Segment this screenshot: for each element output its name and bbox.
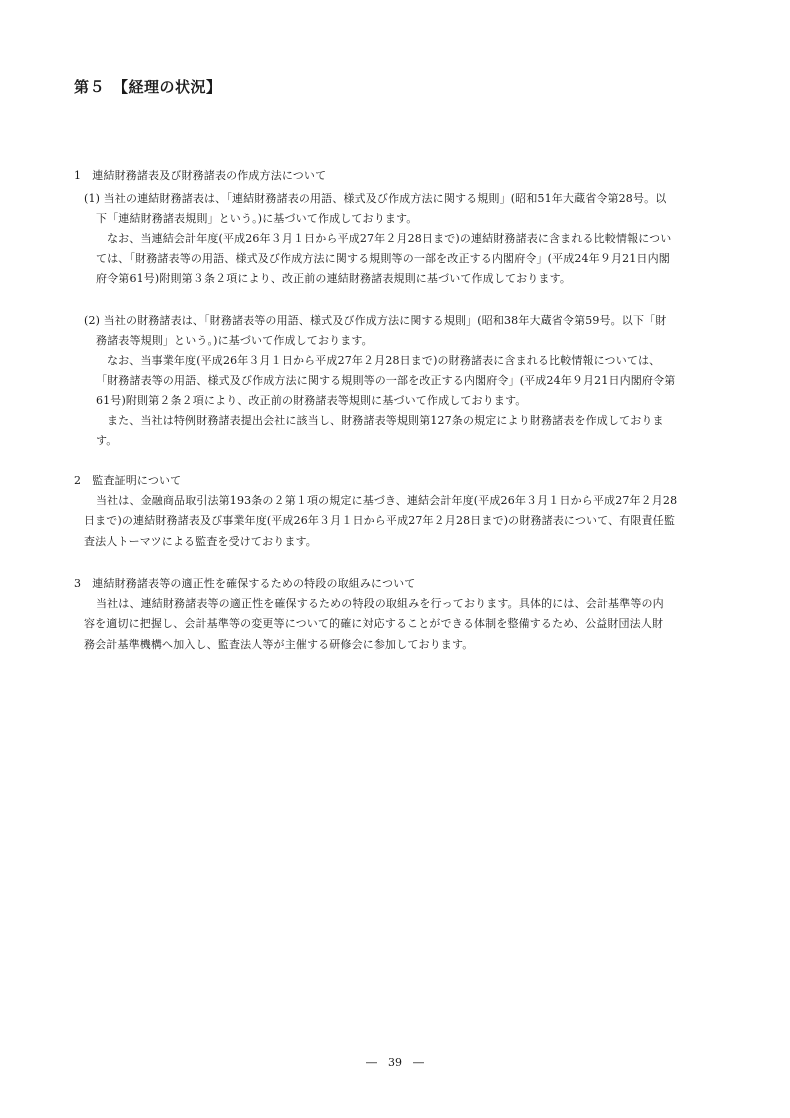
section-1-paragraph-line: また、当社は特例財務諸表提出会社に該当し、財務諸表等規則第127条の規定により財… (107, 414, 664, 427)
section-2-paragraph-line: 当社は、金融商品取引法第193条の２第１項の規定に基づき、連結会計年度(平成26… (96, 494, 677, 507)
section-2-paragraph-line: 査法人トーマツによる監査を受けております。 (84, 535, 317, 548)
section-1-paragraph-line: (1) 当社の連結財務諸表は、「連結財務諸表の用語、様式及び作成方法に関する規則… (84, 192, 666, 205)
section-1-paragraph-line: ては、「財務諸表等の用語、様式及び作成方法に関する規則等の一部を改正する内閣府令… (96, 252, 670, 265)
section-1-paragraph-line: 務諸表等規則」という。)に基づいて作成しております。 (96, 334, 373, 347)
section-3-title: 3 連結財務諸表等の適正性を確保するための特段の取組みについて (74, 577, 415, 590)
section-1-paragraph-line: 下「連結財務諸表規則」という。)に基づいて作成しております。 (96, 212, 417, 225)
section-1-paragraph-line: 府令第61号)附則第３条２項により、改正前の連結財務諸表規則に基づいて作成してお… (96, 272, 571, 285)
section-3-paragraph-line: 容を適切に把握し、会計基準等の変更等について的確に対応することができる体制を整備… (84, 617, 663, 630)
section-1-paragraph-line: 61号)附則第２条２項により、改正前の財務諸表等規則に基づいて作成しております。 (96, 394, 526, 407)
section-1-paragraph-line: なお、当事業年度(平成26年３月１日から平成27年２月28日まで)の財務諸表に含… (107, 354, 660, 367)
page-heading: 第５ 【経理の状況】 (74, 76, 222, 97)
section-1-title: 1 連結財務諸表及び財務諸表の作成方法について (74, 169, 326, 182)
section-2-paragraph-line: 日まで)の連結財務諸表及び事業年度(平成26年３月１日から平成27年２月28日ま… (84, 514, 675, 527)
section-1-paragraph-line: す。 (96, 434, 117, 447)
section-2-title: 2 監査証明について (74, 474, 181, 487)
section-1-paragraph-line: (2) 当社の財務諸表は、「財務諸表等の用語、様式及び作成方法に関する規則」(昭… (84, 314, 666, 327)
section-3-paragraph-line: 務会計基準機構へ加入し、監査法人等が主催する研修会に参加しております。 (84, 638, 473, 651)
page-number: ― 39 ― (0, 1054, 790, 1070)
section-1-paragraph-line: なお、当連結会計年度(平成26年３月１日から平成27年２月28日まで)の連結財務… (107, 232, 671, 245)
section-3-paragraph-line: 当社は、連結財務諸表等の適正性を確保するための特段の取組みを行っております。具体… (96, 597, 664, 610)
section-1-paragraph-line: 「財務諸表等の用語、様式及び作成方法に関する規則等の一部を改正する内閣府令」(平… (96, 374, 675, 387)
